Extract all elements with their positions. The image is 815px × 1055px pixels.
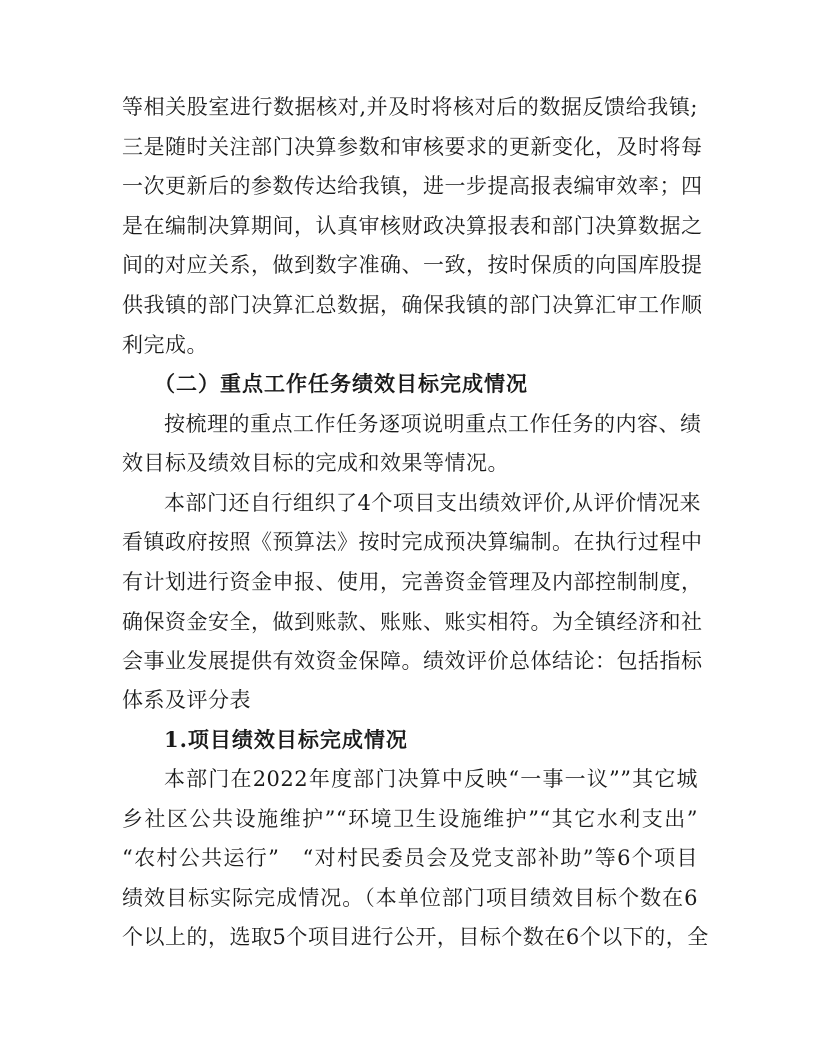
paragraph-first-line: 本部门在2022年度部门决算中反映“一事一议””其它城 <box>164 764 698 794</box>
body-line-5: 间的对应关系，做到数字准确、一致，按时保质的向国库股提 <box>122 250 698 280</box>
body-line-1: 等相关股室进行数据核对,并及时将核对后的数据反馈给我镇; <box>122 92 698 122</box>
document-page: 等相关股室进行数据核对,并及时将核对后的数据反馈给我镇; 三是随时关注部门决算参… <box>0 0 815 1055</box>
body-line-2: 三是随时关注部门决算参数和审核要求的更新变化，及时将每 <box>122 132 698 162</box>
body-line-7: 利完成。 <box>122 330 698 360</box>
section-heading-key-tasks: （二）重点工作任务绩效目标完成情况 <box>154 369 730 399</box>
subsection-heading-project-goals: 1.项目绩效目标完成情况 <box>164 725 740 755</box>
body-line-4: 是在编制决算期间，认真审核财政决算报表和部门决算数据之 <box>122 211 698 241</box>
body-line: 会事业发展提供有效资金保障。绩效评价总体结论：包括指标 <box>122 646 698 676</box>
body-line: 看镇政府按照《预算法》按时完成预决算编制。在执行过程中 <box>122 527 698 557</box>
body-line: 个以上的，选取5个项目进行公开，目标个数在6个以下的，全 <box>122 922 698 952</box>
paragraph-first-line: 按梳理的重点工作任务逐项说明重点工作任务的内容、绩 <box>164 409 698 439</box>
body-line: 绩效目标实际完成情况。（本单位部门项目绩效目标个数在6 <box>122 883 698 913</box>
body-line: 体系及评分表 <box>122 685 698 715</box>
paragraph-first-line: 本部门还自行组织了4个项目支出绩效评价,从评价情况来 <box>164 488 698 518</box>
body-line-6: 供我镇的部门决算汇总数据，确保我镇的部门决算汇审工作顺 <box>122 290 698 320</box>
body-line: 有计划进行资金申报、使用，完善资金管理及内部控制制度， <box>122 567 698 597</box>
body-line-3: 一次更新后的参数传达给我镇，进一步提高报表编审效率；四 <box>122 171 698 201</box>
body-line: “农村公共运行” “对村民委员会及党支部补助”等6个项目 <box>122 843 698 873</box>
body-line: 效目标及绩效目标的完成和效果等情况。 <box>122 448 698 478</box>
body-line: 乡社区公共设施维护”“环境卫生设施维护”“其它水利支出” <box>122 804 698 834</box>
body-line: 确保资金安全，做到账款、账账、账实相符。为全镇经济和社 <box>122 607 698 637</box>
